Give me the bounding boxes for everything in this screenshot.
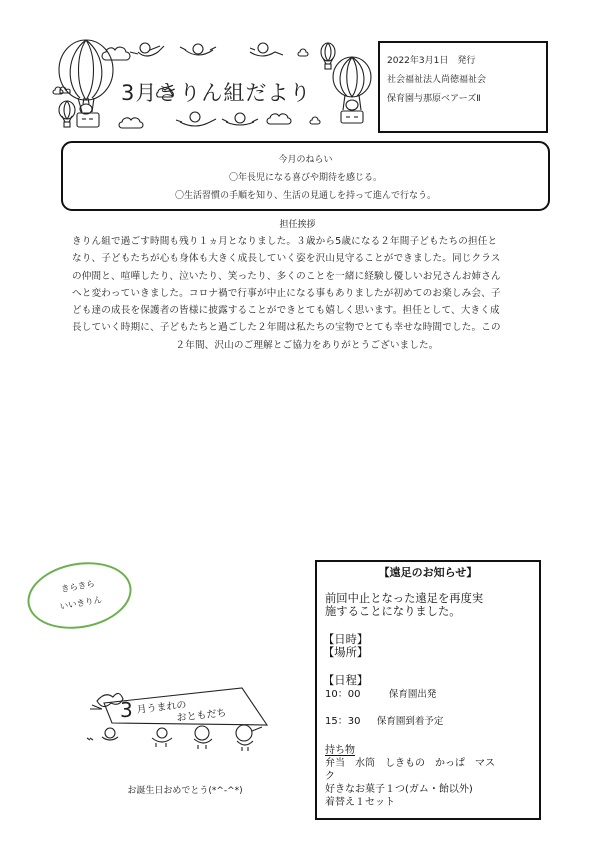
excursion-intro-line: 施することになりました。 — [325, 605, 461, 618]
newsletter-title: 3月きりん組だより — [121, 77, 311, 107]
greeting-line: 長していく時期に、子どもたちと過ごした２年間は私たちの宝物でとても幸せな時間でし… — [72, 319, 542, 336]
schedule-event: 保育園出発 — [389, 689, 437, 700]
birthday-banner-number: 3 — [120, 698, 133, 722]
small-balloon-icon — [59, 101, 75, 127]
issue-date: 2022年3月1日 発行 — [387, 53, 475, 66]
greeting-line: へと変わっていきました。コロナ禍で行事が中止になる事もありましたが初めてのお楽し… — [72, 285, 542, 302]
belongings-line: 好きなお菓子１つ(ガム・飴以外) — [325, 783, 473, 796]
monthly-aims-box: 今月のねらい 〇年長児になる喜びや期待を感じる。 〇生活習慣の手順を知り、生活の… — [61, 141, 550, 211]
aim-item: 〇年長児になる喜びや期待を感じる。 — [63, 170, 548, 183]
kirakira-badge: きらきら いいきりん — [22, 554, 137, 636]
greeting-line: きりん組で過ごす時間も残り１ヵ月となりました。３歳から5歳になる２年間子どもたち… — [72, 233, 542, 250]
excursion-title: 【遠足のお知らせ】 — [317, 564, 539, 580]
greeting-line: の仲間と、喧嘩したり、泣いたり、笑ったり、多くのことを一緒に経験し優しいお兄さん… — [72, 268, 542, 285]
date-label: 【日時】 — [323, 633, 368, 646]
schedule-row: 15：30 保育園到着予定 — [325, 715, 443, 728]
schedule-row: 10：00 保育園出発 — [325, 688, 436, 701]
aims-heading: 今月のねらい — [63, 152, 548, 165]
greeting-body: きりん組で過ごす時間も残り１ヵ月となりました。３歳から5歳になる２年間子どもたち… — [72, 233, 542, 354]
belongings-label: 持ち物 — [325, 744, 355, 757]
belongings-line: ク — [325, 770, 335, 783]
school-name: 保育園与那原ベアーズⅡ — [387, 91, 481, 104]
greeting-line: ２年間、沢山のご理解とご協力をありがとうございました。 — [72, 337, 542, 354]
hot-air-balloon-right-icon — [325, 55, 375, 135]
excursion-notice-box: 【遠足のお知らせ】 前回中止となった遠足を再度実 施することになりました。 【日… — [315, 560, 541, 820]
issue-info-box: 2022年3月1日 発行 社会福祉法人尚徳福祉会 保育園与那原ベアーズⅡ — [378, 41, 548, 133]
schedule-time: 15：30 — [325, 716, 360, 727]
schedule-event: 保育園到着予定 — [377, 716, 444, 727]
belongings-line: 弁当 水筒 しきもの かっぱ マス — [325, 757, 495, 770]
schedule-label: 【日程】 — [323, 674, 368, 687]
place-label: 【場所】 — [323, 646, 368, 659]
belongings-line: 着替え１セット — [325, 796, 395, 809]
schedule-time: 10：00 — [325, 689, 360, 700]
greeting-heading: 担任挨拶 — [0, 217, 595, 230]
excursion-intro-line: 前回中止となった遠足を再度実 — [325, 592, 483, 605]
hot-air-balloon-left-icon — [59, 40, 113, 127]
birthday-banner-illustration-icon: 3 月うまれの おともだち — [82, 683, 282, 753]
greeting-line: なり、子どもたちが心も身体も大きく成長していく姿を沢山見守ることができました。同… — [72, 250, 542, 267]
aim-item: 〇生活習慣の手順を知り、生活の見通しを持って進んで行なう。 — [63, 188, 548, 201]
organization-name: 社会福祉法人尚徳福祉会 — [387, 72, 486, 85]
birthday-caption: お誕生日おめでとう(*^-^*) — [80, 783, 290, 796]
greeting-line: ども達の成長を保護者の皆様に披露することができとても嬉しく思います。担任として、… — [72, 302, 542, 319]
